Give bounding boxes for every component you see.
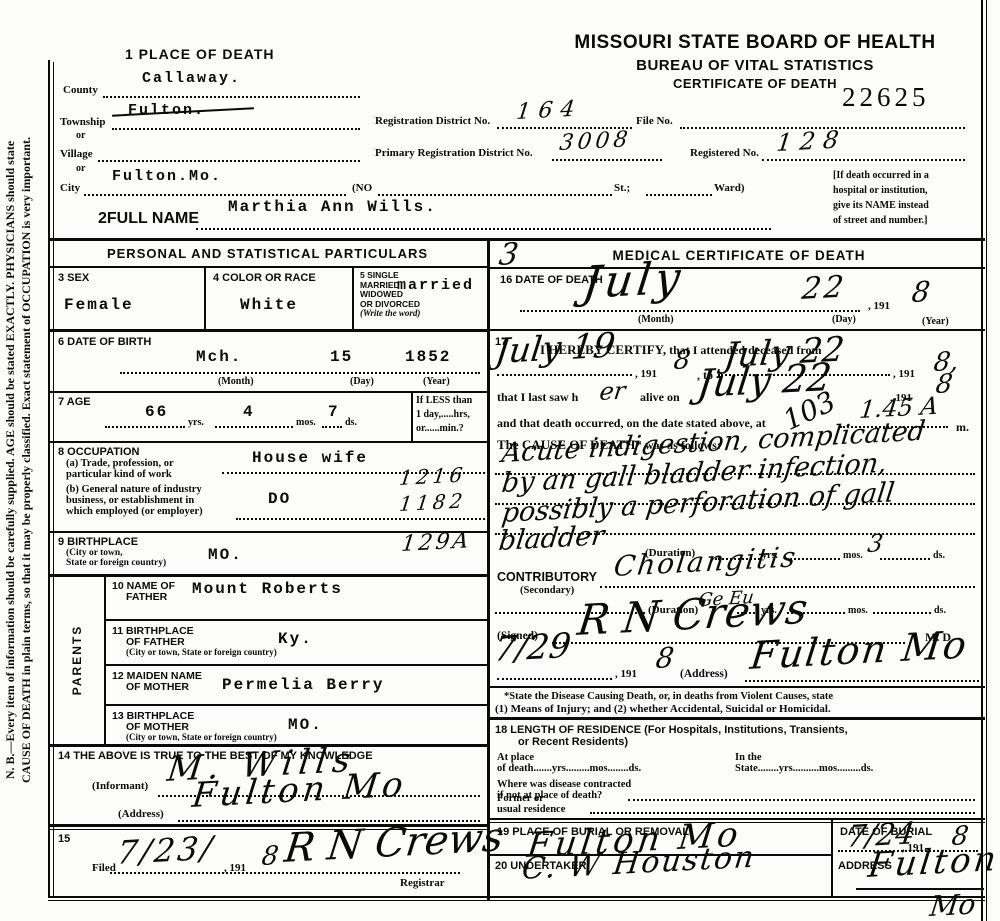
dotted-leader (873, 612, 931, 614)
signed-year-prefix: , 191 (615, 668, 637, 680)
place-of-death-label: 1 PLACE OF DEATH (125, 46, 275, 62)
dotted-leader (497, 678, 612, 680)
day-caption: (Day) (350, 376, 374, 387)
occupation-b-label: (b) General nature of industry (66, 484, 202, 495)
yrs-label: yrs. (188, 417, 204, 428)
father-birthplace-sub: (City or town, State or foreign country) (126, 647, 277, 657)
hospital-note: [If death occurred in a hospital or inst… (833, 168, 985, 228)
month-caption: (Month) (218, 376, 254, 387)
occupation-a-label2: particular kind of work (66, 469, 172, 480)
rule (490, 267, 985, 269)
or-label: or (76, 130, 85, 141)
item-15: 15 (58, 833, 70, 845)
rule (48, 60, 50, 898)
marital-value: married (397, 277, 474, 294)
rule (487, 240, 490, 900)
occupation-code-2: 1182 (398, 488, 468, 516)
occupation-code-1: 1216 (398, 462, 468, 490)
file-no-label: File No. (636, 115, 673, 127)
hospital-note-line: hospital or institution, (833, 183, 985, 198)
footnote-line2: (1) Means of Injury; and (2) whether Acc… (495, 703, 831, 715)
dotted-leader (497, 374, 632, 376)
sex-label: 3 SEX (58, 272, 89, 284)
contributory-label: CONTRIBUTORY (497, 570, 597, 584)
race-value: White (240, 296, 298, 314)
rule (490, 717, 985, 720)
registered-no-label: Registered No. (690, 147, 759, 159)
birthplace-value: MO. (208, 546, 243, 564)
m-label: m. (956, 420, 969, 435)
city-no-label: (NO (352, 182, 372, 194)
dotted-leader (103, 96, 360, 98)
dotted-leader (112, 128, 360, 130)
in-state-label: In the (735, 752, 762, 763)
sex-value: Female (64, 296, 134, 314)
date-of-death-day: 22 (800, 269, 848, 307)
dotted-leader (628, 799, 975, 801)
margin-note: N. B.—Every item of information should b… (2, 30, 36, 890)
race-label: 4 COLOR OR RACE (213, 272, 316, 284)
age-less-line: or......min.? (416, 422, 472, 436)
rule (411, 392, 413, 442)
or-label: or (76, 163, 85, 174)
birthplace-sub1: (City or town, (66, 548, 123, 558)
in-state-fields: State........yrs..........mos.........ds… (735, 763, 873, 774)
age-less-note: If LESS than 1 day,.....hrs, or......min… (416, 394, 472, 436)
registered-no-value: 128 (775, 125, 848, 157)
occupation-label: 8 OCCUPATION (58, 446, 140, 458)
rule (48, 329, 487, 332)
occupation-b-label3: which employed (or employer) (66, 506, 203, 517)
county-value: Callaway. (142, 70, 241, 87)
margin-note-line1: N. B.—Every item of information should b… (2, 30, 18, 890)
mos-label: mos. (848, 605, 868, 616)
mos-label: mos. (843, 550, 863, 561)
dotted-leader (110, 872, 460, 874)
at-place-label: At place (497, 752, 534, 763)
filed-year-value: 8 (260, 841, 280, 872)
county-label: County (63, 84, 98, 96)
birthplace-label: 9 BIRTHPLACE (58, 536, 138, 548)
last-saw-her: er (598, 376, 627, 406)
age-years-value: 66 (145, 403, 168, 421)
dotted-leader (745, 680, 983, 682)
hospital-note-line: give its NAME instead (833, 198, 985, 213)
rule (48, 391, 487, 393)
age-less-line: If LESS than (416, 394, 472, 408)
margin-note-line2: CAUSE OF DEATH in plain terms, so that i… (18, 30, 34, 890)
father-name-value: Mount Roberts (192, 580, 343, 598)
informant-address-label: (Address) (118, 808, 164, 820)
cause-duration-days: 3 (866, 529, 885, 558)
full-name-value: Marthia Ann Wills. (228, 198, 437, 216)
dotted-leader (378, 194, 612, 196)
mother-name-label2: OF MOTHER (126, 681, 189, 693)
rule (105, 619, 487, 621)
city-value: Fulton.Mo. (112, 168, 222, 185)
from-year-prefix: , 191 (635, 368, 657, 380)
age-label: 7 AGE (58, 396, 91, 408)
birthplace-code: 129A (400, 528, 473, 557)
rule (831, 818, 833, 898)
city-label: City (60, 182, 80, 194)
dotted-leader (790, 558, 840, 560)
occupation-b-label2: business, or establishment in (66, 495, 194, 506)
parents-label: PARENTS (70, 615, 84, 705)
dotted-leader (98, 160, 360, 162)
rule (48, 900, 985, 901)
dotted-leader (215, 426, 293, 428)
contributory-value: Cholangitis (612, 540, 799, 583)
date-of-death-year: 8 (910, 275, 932, 309)
rule (105, 704, 487, 706)
last-saw-text: that I last saw h (497, 390, 578, 405)
rule (490, 686, 985, 688)
dotted-leader (236, 518, 485, 520)
village-label: Village (60, 148, 93, 160)
dotted-leader (322, 426, 342, 428)
rule (48, 441, 487, 443)
dotted-leader (552, 159, 662, 161)
date-of-death-month: July (580, 252, 687, 309)
filed-date-value: 7/23/ (115, 829, 217, 872)
dob-month-value: Mch. (196, 348, 242, 366)
full-name-label: 2FULL NAME (98, 210, 199, 228)
dotted-leader (762, 159, 965, 161)
former-residence-label: Former or (497, 793, 544, 804)
father-birthplace-value: Ky. (278, 630, 313, 648)
alive-on-text: alive on (640, 390, 680, 405)
year-caption: (Year) (922, 316, 949, 327)
registrar-label: Registrar (400, 877, 445, 889)
rule (53, 62, 54, 898)
dotted-leader (196, 228, 771, 230)
registrar-signature: R N Crews (282, 814, 506, 872)
primary-registration-value: 3008 (558, 127, 633, 156)
rule (48, 574, 487, 577)
mos-label: mos. (296, 417, 316, 428)
rule (105, 664, 487, 666)
mother-birthplace-value: MO. (288, 716, 323, 734)
rule (352, 266, 354, 330)
age-days-value: 7 (328, 403, 340, 421)
attended-from-date: July 19 (493, 325, 617, 372)
dotted-leader (84, 194, 346, 196)
rule (986, 0, 987, 921)
dotted-leader (520, 310, 860, 312)
dotted-leader (105, 426, 185, 428)
occupation-a-label: (a) Trade, profession, or (66, 458, 174, 469)
township-label: Township (60, 116, 105, 128)
age-less-line: 1 day,.....hrs, (416, 408, 472, 422)
ds-label: ds. (345, 417, 357, 428)
undertaker-address-value: Fulton (866, 839, 1000, 886)
signed-year-value: 8 (654, 641, 676, 675)
father-name-label2: FATHER (126, 591, 167, 603)
residence-label2: or Recent Residents) (518, 736, 628, 748)
mother-birthplace-sub: (City or town, State or foreign country) (126, 732, 277, 742)
primary-registration-label: Primary Registration District No. (375, 147, 533, 159)
undertaker-address-state: Mo (928, 887, 978, 921)
dotted-leader (120, 372, 480, 374)
ds-label: ds. (934, 605, 946, 616)
contracted-label: Where was disease contracted (497, 779, 631, 790)
occupation-b-value: DO (268, 490, 291, 508)
rule (104, 575, 106, 745)
at-place-fields: of death.......yrs.........mos........ds… (497, 763, 641, 774)
rule (204, 266, 206, 330)
dob-label: 6 DATE OF BIRTH (58, 336, 151, 348)
secondary-label: (Secondary) (520, 585, 574, 596)
hospital-note-line: of street and number.] (833, 213, 985, 228)
death-certificate-scan: N. B.—Every item of information should b… (0, 0, 1000, 921)
mother-name-value: Permelia Berry (222, 676, 384, 694)
bureau-title: BUREAU OF VITAL STATISTICS (520, 57, 990, 74)
dob-year-value: 1852 (405, 348, 451, 366)
attended-from-year: 8 (672, 345, 692, 376)
age-months-value: 4 (243, 403, 255, 421)
registration-district-value: 164 (515, 96, 584, 125)
dotted-leader (880, 558, 930, 560)
signed-address-label: (Address) (680, 668, 728, 680)
dod-year-prefix: , 191 (868, 300, 890, 312)
city-ward-label: Ward) (714, 182, 745, 194)
cause-line-4: bladder (497, 520, 606, 557)
occupation-a-value: House wife (252, 449, 368, 467)
informant-label: (Informant) (92, 780, 148, 792)
rule (48, 896, 985, 898)
year-caption: (Year) (423, 376, 450, 387)
rule (981, 0, 983, 921)
registration-district-label: Registration District No. (375, 115, 490, 127)
residence-label: 18 LENGTH OF RESIDENCE (For Hospitals, I… (495, 724, 848, 736)
file-no-value: 22625 (842, 82, 930, 113)
signed-date-value: 7/29 (492, 626, 573, 670)
ds-label: ds. (933, 550, 945, 561)
dotted-leader (590, 812, 975, 814)
former-residence-label2: usual residence (497, 804, 565, 815)
hospital-note-line: [If death occurred in a (833, 168, 985, 183)
to-year-prefix: , 191 (893, 368, 915, 380)
city-st-label: St.; (614, 182, 630, 194)
marital-label-line: (Write the word) (360, 309, 420, 319)
footnote-line1: *State the Disease Causing Death, or, in… (504, 691, 833, 702)
medical-section-title: MEDICAL CERTIFICATE OF DEATH (493, 248, 985, 263)
dotted-leader (646, 194, 712, 196)
day-caption: (Day) (832, 314, 856, 325)
board-title: MISSOURI STATE BOARD OF HEALTH (520, 32, 990, 54)
month-caption: (Month) (638, 314, 674, 325)
personal-section-title: PERSONAL AND STATISTICAL PARTICULARS (48, 246, 487, 261)
rule (48, 266, 487, 268)
dob-day-value: 15 (330, 348, 353, 366)
birthplace-sub2: State or foreign country) (66, 558, 166, 568)
